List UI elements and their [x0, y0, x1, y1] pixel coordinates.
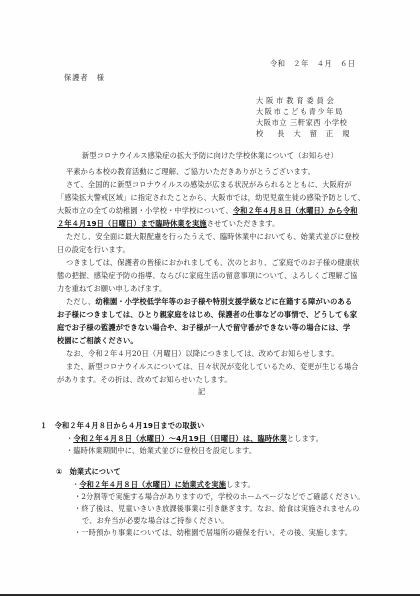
paragraph-7-line-1: また、新型コロナウイルスについては、日々状況が変化しているため、変更が生じる場合 — [66, 362, 359, 371]
section-1-heading: １ 令和２年４月８日から４月19日までの取扱い — [40, 421, 204, 430]
section-1-item-1-emphasis: 令和２年４月８日（水曜日）～4月19日（日曜日）は、臨時休業 — [73, 434, 287, 443]
paragraph-3-line-1: ただし、安全面に最大限配慮を行ったうえで、臨時休業中においても、始業式並びに登校 — [66, 232, 359, 241]
paragraph-5-emphasis: 幼稚園・小学校低学年等のお子様や特別支援学級などに在籍する障がいのある — [95, 297, 352, 306]
paragraph-2-line-3-text: 大阪市立の全ての幼稚園・小学校・中学校について、 — [57, 206, 233, 215]
paragraph-4-line-1: つきましては、保護者の皆様におかれましても、次のとおり、ご家庭でのお子様の健康状 — [66, 258, 360, 267]
sender-school: 大阪市立 三軒家西 小学校 — [256, 118, 347, 127]
paragraph-4-line-3: 力を重ねてお願い申しあげます。 — [57, 284, 166, 293]
section-1-item-2: ・臨時休業期間中に、始業式並びに登校日を設定します。 — [66, 446, 256, 455]
sender-board-of-education: 大阪市教育委員会 — [256, 96, 337, 105]
paragraph-2-line-3: 大阪市立の全ての幼稚園・小学校・中学校について、令和２年４月８日（水曜日）から令… — [57, 206, 358, 215]
subsection-1-item-1-tail: します。 — [226, 480, 255, 489]
paragraph-5-line-2: お子様につきましては、ひとり親家庭をはじめ、保護者の仕事などの事情で、どうしても… — [57, 310, 357, 319]
subsection-1-item-1-emphasis: 令和２年４月８日（水曜日）に始業式を実施 — [79, 480, 226, 489]
paragraph-5-line-3: 庭でお子様の監護ができない場合や、お子様が一人で留守番ができない等の場合には、学 — [57, 323, 350, 332]
section-1-item-1: ・令和２年４月８日（水曜日）～4月19日（日曜日）は、臨時休業とします。 — [66, 434, 323, 443]
paragraph-4-line-2: 態の把握、感染症予防の指導、ならびに家庭生活の留意事項について、よろしくご理解ご… — [57, 271, 358, 280]
paragraph-6: なお、令和２年４月20日（月曜日）以降につきましては、改めてお知らせします。 — [66, 349, 339, 358]
paragraph-7-line-2: があります。その折は、改めてお知らせいたします。 — [57, 375, 232, 384]
document-date: 令和 ２年 ４月 ６日 — [270, 59, 356, 68]
paragraph-3-line-2: 日の設定を行います。 — [57, 245, 130, 254]
addressee: 保護者 様 — [64, 73, 105, 82]
document-page: 令和 ２年 ４月 ６日 保護者 様 大阪市教育委員会 大阪市こども青少年局 大阪… — [0, 0, 420, 594]
sender-principal: 校 長 大 留 正 規 — [256, 129, 353, 138]
paragraph-5-lead: ただし、 — [66, 297, 95, 306]
paragraph-2-line-4-text: させていただきます。 — [207, 219, 280, 228]
paragraph-5-line-1: ただし、幼稚園・小学校低学年等のお子様や特別支援学級などに在籍する障がいのある — [66, 297, 352, 306]
subsection-1-item-3-line-2: で、お弁当が必要な場合はご持参ください。 — [82, 516, 229, 525]
subsection-1-item-4: ・一時預かり事業については、幼稚園で居場所の確保を行い、その後、実施します。 — [74, 528, 352, 537]
section-1-item-1-tail: とします。 — [287, 434, 323, 443]
paragraph-2-line-1: さて、全国的に新型コロナウイルスの感染が広まる状況がみられるとともに、大阪府が — [66, 180, 352, 189]
ki-marker: 記 — [198, 387, 205, 396]
paragraph-2-line-2: 「感染拡大警戒区域」に指定されたことから、大阪市では，幼児児童生徒の感染予防とし… — [57, 193, 365, 202]
paragraph-greeting: 平素から本校の教育活動にご理解、ご協力いただきありがとうございます。 — [66, 167, 315, 176]
subsection-1-item-3-line-1: ・終了後は、児童いきいき放課後事業に引き継ぎます。なお、給食は実施されませんの — [74, 504, 360, 513]
paragraph-5-line-4: 校園にご相談ください。 — [57, 336, 138, 345]
document-title: 新型コロナウイルス感染症の拡大予防に向けた学校休業について（お知らせ） — [82, 151, 338, 160]
sender-children-bureau: 大阪市こども青少年局 — [256, 107, 344, 116]
closure-period-emphasis: 令和２年４月８日（水曜日）から令和 — [233, 206, 358, 215]
subsection-1-heading: ① 始業式について — [56, 467, 121, 476]
paragraph-2-line-4: ２年４月19日（日曜日）まで臨時休業を実施させていただきます。 — [57, 219, 280, 228]
subsection-1-item-1: ・令和２年４月８日（水曜日）に始業式を実施します。 — [72, 480, 255, 489]
subsection-1-item-2: ・2分割等で実施する場合がありますので，学校のホームページなどでご確認ください。 — [74, 492, 365, 501]
closure-period-emphasis-2: ２年４月19日（日曜日）まで臨時休業を実施 — [57, 219, 207, 228]
